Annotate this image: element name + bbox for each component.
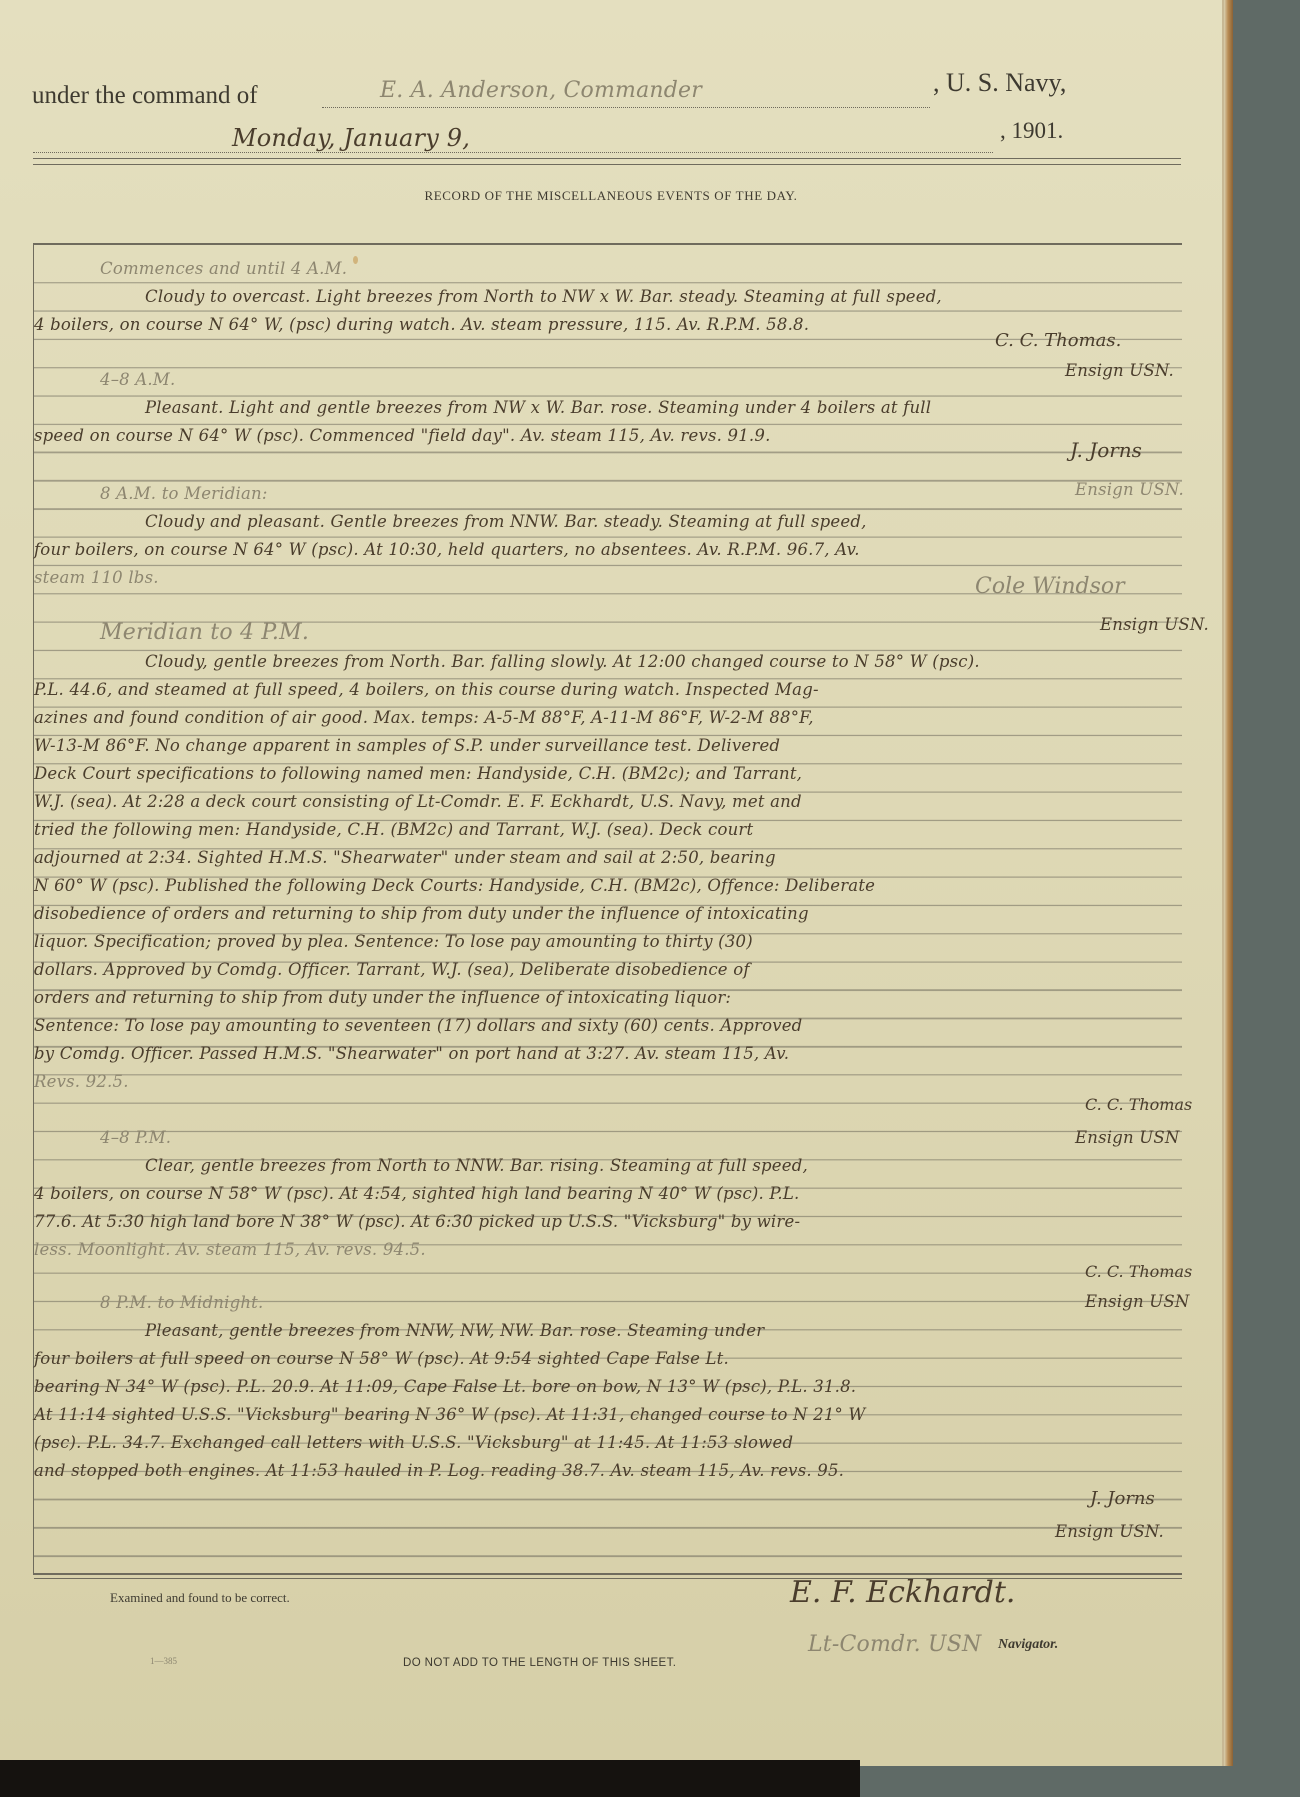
log-line: Pleasant, gentle breezes from NNW, NW, N… bbox=[145, 1321, 764, 1340]
log-line: 4 boilers, on course N 58° W (psc). At 4… bbox=[34, 1184, 799, 1203]
watch-signature: C. C. Thomas bbox=[1085, 1262, 1192, 1281]
log-line: liquor. Specification; proved by plea. S… bbox=[34, 932, 753, 951]
log-line: Cloudy and pleasant. Gentle breezes from… bbox=[145, 512, 867, 531]
log-line: 77.6. At 5:30 high land bore N 38° W (ps… bbox=[34, 1212, 800, 1231]
paper-stain bbox=[353, 256, 358, 264]
log-line: Clear, gentle breezes from North to NNW.… bbox=[145, 1156, 808, 1175]
length-notice: DO NOT ADD TO THE LENGTH OF THIS SHEET. bbox=[403, 1657, 676, 1669]
log-line: W-13-M 86°F. No change apparent in sampl… bbox=[34, 736, 780, 755]
log-line: four boilers at full speed on course N 5… bbox=[34, 1349, 729, 1368]
page-edge bbox=[1224, 0, 1233, 1766]
commander-fill-line bbox=[322, 107, 930, 108]
watch-heading: 8 P.M. to Midnight. bbox=[100, 1293, 263, 1312]
examined-label: Examined and found to be correct. bbox=[110, 1590, 290, 1606]
watch-heading: Commences and until 4 A.M. bbox=[100, 259, 347, 278]
header-divider bbox=[33, 158, 1181, 165]
log-line: W.J. (sea). At 2:28 a deck court consist… bbox=[34, 792, 802, 811]
log-line: speed on course N 64° W (psc). Commenced… bbox=[34, 426, 771, 445]
log-line: less. Moonlight. Av. steam 115, Av. revs… bbox=[34, 1240, 426, 1259]
date-fill-line bbox=[33, 152, 993, 153]
watch-signature: Cole Windsor bbox=[975, 574, 1125, 599]
navy-label: , U. S. Navy, bbox=[933, 68, 1066, 98]
watch-rank: Ensign USN bbox=[1085, 1292, 1190, 1311]
watch-heading: 8 A.M. to Meridian: bbox=[100, 484, 268, 503]
log-page: under the command of E. A. Anderson, Com… bbox=[0, 0, 1225, 1766]
date-handwritten: Monday, January 9, bbox=[232, 124, 470, 152]
log-line: bearing N 34° W (psc). P.L. 20.9. At 11:… bbox=[34, 1377, 856, 1396]
watch-rank: Ensign USN. bbox=[1055, 1522, 1164, 1541]
log-line: N 60° W (psc). Published the following D… bbox=[34, 876, 875, 895]
year-label: , 1901. bbox=[1000, 118, 1063, 144]
watch-rank: Ensign USN. bbox=[1075, 480, 1184, 499]
watch-signature: C. C. Thomas. bbox=[995, 330, 1121, 351]
navigator-signature: E. F. Eckhardt. bbox=[790, 1575, 1015, 1610]
log-line: Deck Court specifications to following n… bbox=[34, 764, 802, 783]
watch-signature: C. C. Thomas bbox=[1085, 1095, 1192, 1114]
section-title: RECORD OF THE MISCELLANEOUS EVENTS OF TH… bbox=[0, 188, 1222, 204]
watch-heading: 4–8 P.M. bbox=[100, 1128, 171, 1147]
watch-rank: Ensign USN. bbox=[1065, 361, 1174, 380]
watch-rank: Ensign USN bbox=[1075, 1128, 1180, 1147]
watch-heading: Meridian to 4 P.M. bbox=[100, 620, 309, 645]
log-line: orders and returning to ship from duty u… bbox=[34, 988, 731, 1007]
log-line: Revs. 92.5. bbox=[34, 1072, 129, 1091]
commander-name: E. A. Anderson, Commander bbox=[380, 78, 702, 103]
watch-heading: 4–8 A.M. bbox=[100, 370, 175, 389]
log-line: tried the following men: Handyside, C.H.… bbox=[34, 820, 753, 839]
navigator-label: Navigator. bbox=[998, 1637, 1058, 1653]
log-line: by Comdg. Officer. Passed H.M.S. "Shearw… bbox=[34, 1044, 789, 1063]
log-line: P.L. 44.6, and steamed at full speed, 4 … bbox=[34, 680, 819, 699]
log-line: 4 boilers, on course N 64° W, (psc) duri… bbox=[34, 315, 809, 334]
form-number: 1—385 bbox=[150, 1656, 177, 1666]
watch-signature: J. Jorns bbox=[1070, 438, 1142, 462]
log-line: At 11:14 sighted U.S.S. "Vicksburg" bear… bbox=[34, 1405, 866, 1424]
log-line: dollars. Approved by Comdg. Officer. Tar… bbox=[34, 960, 750, 979]
log-line: adjourned at 2:34. Sighted H.M.S. "Shear… bbox=[34, 848, 776, 867]
log-line: steam 110 lbs. bbox=[34, 568, 159, 587]
log-line: Cloudy to overcast. Light breezes from N… bbox=[145, 287, 942, 306]
log-line: Cloudy, gentle breezes from North. Bar. … bbox=[145, 652, 980, 671]
log-line: four boilers, on course N 64° W (psc). A… bbox=[34, 540, 860, 559]
log-line: (psc). P.L. 34.7. Exchanged call letters… bbox=[34, 1433, 793, 1452]
binding-shadow bbox=[0, 1760, 860, 1797]
log-line: disobedience of orders and returning to … bbox=[34, 904, 809, 923]
command-label: under the command of bbox=[32, 82, 258, 110]
log-line: Pleasant. Light and gentle breezes from … bbox=[145, 398, 931, 417]
navigator-rank: Lt-Comdr. USN bbox=[808, 1632, 981, 1657]
log-line: Sentence: To lose pay amounting to seven… bbox=[34, 1016, 802, 1035]
watch-rank: Ensign USN. bbox=[1100, 615, 1209, 634]
watch-signature: J. Jorns bbox=[1090, 1488, 1155, 1509]
log-line: and stopped both engines. At 11:53 haule… bbox=[34, 1461, 844, 1480]
log-line: azines and found condition of air good. … bbox=[34, 708, 814, 727]
